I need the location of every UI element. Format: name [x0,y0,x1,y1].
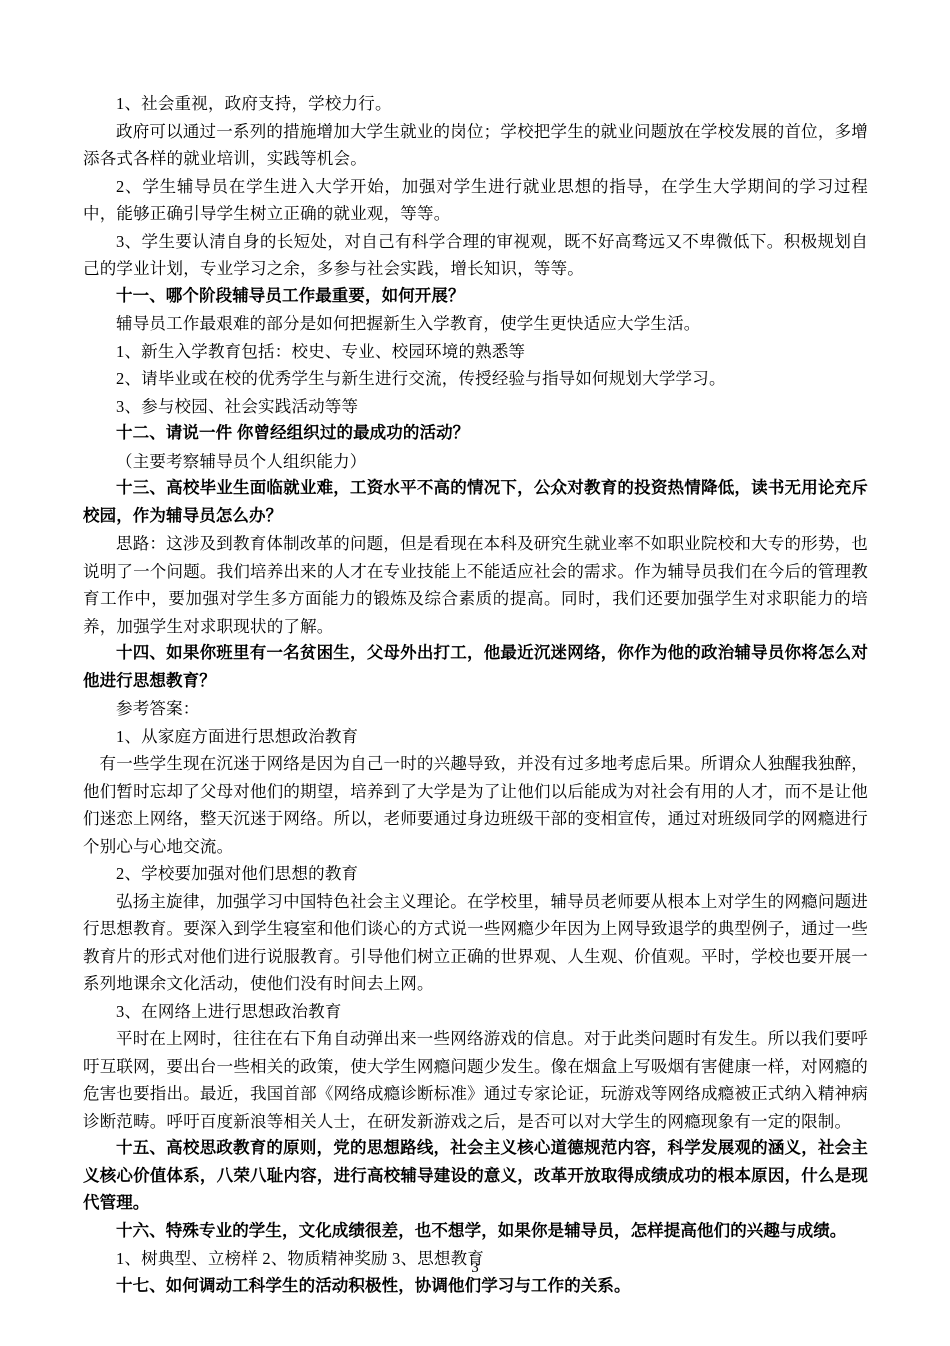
heading-paragraph: 十一、哪个阶段辅导员工作最重要，如何开展？ [83,283,868,311]
heading-paragraph: 十四、如果你班里有一名贫困生，父母外出打工，他最近沉迷网络，你作为他的政治辅导员… [83,640,868,695]
body-paragraph: 弘扬主旋律，加强学习中国特色社会主义理论。在学校里，辅导员老师要从根本上对学生的… [83,888,868,998]
page-number: 3 [0,1258,950,1278]
heading-paragraph: 十二、请说一件 你曾经组织过的最成功的活动？ [83,420,868,448]
body-paragraph: 1、从家庭方面进行思想政治教育 [83,723,868,751]
body-paragraph: 2、学生辅导员在学生进入大学开始，加强对学生进行就业思想的指导，在学生大学期间的… [83,173,868,228]
body-paragraph: （主要考察辅导员个人组织能力） [83,448,868,476]
heading-paragraph: 十六、特殊专业的学生，文化成绩很差，也不想学，如果你是辅导员，怎样提高他们的兴趣… [83,1218,868,1246]
heading-paragraph: 十三、高校毕业生面临就业难，工资水平不高的情况下，公众对教育的投资热情降低，读书… [83,475,868,530]
body-paragraph: 参考答案： [83,695,868,723]
heading-paragraph: 十五、高校思政教育的原则，党的思想路线，社会主义核心道德规范内容，科学发展观的涵… [83,1135,868,1218]
body-paragraph: 3、在网络上进行思想政治教育 [83,998,868,1026]
body-paragraph: 辅导员工作最艰难的部分是如何把握新生入学教育，使学生更快适应大学生活。 [83,310,868,338]
body-paragraph: 思路：这涉及到教育体制改革的问题，但是看现在本科及研究生就业率不如职业院校和大专… [83,530,868,640]
body-paragraph: 1、新生入学教育包括：校史、专业、校园环境的熟悉等 [83,338,868,366]
document-page: 1、社会重视，政府支持，学校力行。政府可以通过一系列的措施增加大学生就业的岗位；… [0,0,950,1346]
body-paragraph: 3、参与校园、社会实践活动等等 [83,393,868,421]
body-paragraph: 平时在上网时，往往在右下角自动弹出来一些网络游戏的信息。对于此类问题时有发生。所… [83,1025,868,1135]
document-body-text: 1、社会重视，政府支持，学校力行。政府可以通过一系列的措施增加大学生就业的岗位；… [83,90,868,1300]
body-paragraph: 有一些学生现在沉迷于网络是因为自己一时的兴趣导致，并没有过多地考虑后果。所谓众人… [83,750,868,860]
body-paragraph: 1、社会重视，政府支持，学校力行。 [83,90,868,118]
body-paragraph: 2、学校要加强对他们思想的教育 [83,860,868,888]
body-paragraph: 政府可以通过一系列的措施增加大学生就业的岗位；学校把学生的就业问题放在学校发展的… [83,118,868,173]
body-paragraph: 3、学生要认清自身的长短处，对自己有科学合理的审视观，既不好高骛远又不卑微低下。… [83,228,868,283]
body-paragraph: 2、请毕业或在校的优秀学生与新生进行交流，传授经验与指导如何规划大学学习。 [83,365,868,393]
